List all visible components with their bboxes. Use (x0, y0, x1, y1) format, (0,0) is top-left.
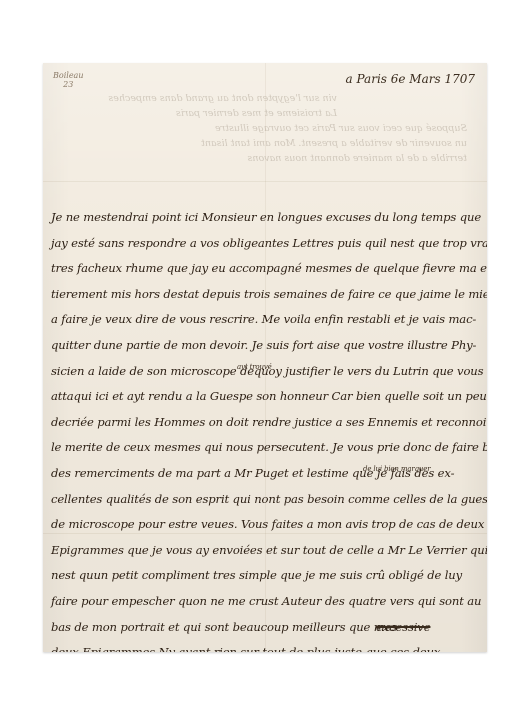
text-line: attaqui ici et ayt rendu a la Guespe son… (51, 384, 483, 410)
docket-annotation: Boileau 23 (53, 71, 83, 89)
interlinear-insertion: de lui bien marquer (363, 457, 430, 483)
text-line-with-insertion: ayt trouvé sicien a laide de son microsc… (51, 359, 483, 385)
manuscript-page: Boileau 23 a Paris 6e Mars 1707 vin sur … (43, 63, 487, 652)
struck-word: excessive (376, 615, 430, 641)
letter-body: Je ne mestendrai point ici Monsieur en l… (51, 205, 483, 652)
bleed-line: Supposé que ceci vous sur Paris cet ouvr… (43, 121, 487, 136)
text-line-content: bas de mon portrait et qui sont beaucoup… (51, 620, 397, 634)
text-line: Epigrammes que je vous ay envoiées et su… (51, 538, 483, 564)
interlinear-insertion: ayt trouvé (237, 355, 272, 381)
bleed-line: vin sur l'egypten dont au grand dans emp… (43, 91, 487, 106)
text-line-with-insertion: de lui bien marquer des remerciments de … (51, 461, 483, 487)
text-line: faire pour empescher quon ne me crust Au… (51, 589, 483, 615)
bleed-line: un souvenir de veritable a present. Mon … (43, 136, 487, 151)
text-line: a faire je veux dire de vous rescrire. M… (51, 307, 483, 333)
letter-dateline: a Paris 6e Mars 1707 (346, 72, 475, 86)
text-line: tres facheux rhume que jay eu accompagné… (51, 256, 483, 282)
text-line: nest quun petit compliment tres simple q… (51, 563, 483, 589)
text-line-with-strike: bas de mon portrait et qui sont beaucoup… (51, 615, 483, 641)
docket-name: Boileau (53, 71, 83, 80)
text-line: deux Epigrammes Ny ayant rien sur tout d… (51, 640, 483, 652)
bleed-through-text: vin sur l'egypten dont au grand dans emp… (43, 91, 487, 166)
docket-number: 23 (53, 80, 83, 89)
bleed-line: terrible a de la maniere donnant nous na… (43, 151, 487, 166)
text-line: tierement mis hors destat depuis trois s… (51, 282, 483, 308)
text-line: Je ne mestendrai point ici Monsieur en l… (51, 205, 483, 231)
text-line: de microscope pour estre veues. Vous fai… (51, 512, 483, 538)
bleed-line: La troisieme et mes dernier paris (43, 106, 487, 121)
text-line: jay esté sans respondre a vos obligeante… (51, 231, 483, 257)
text-line: decriée parmi les Hommes on doit rendre … (51, 410, 483, 436)
text-line: cellentes qualités de son esprit qui non… (51, 487, 483, 513)
